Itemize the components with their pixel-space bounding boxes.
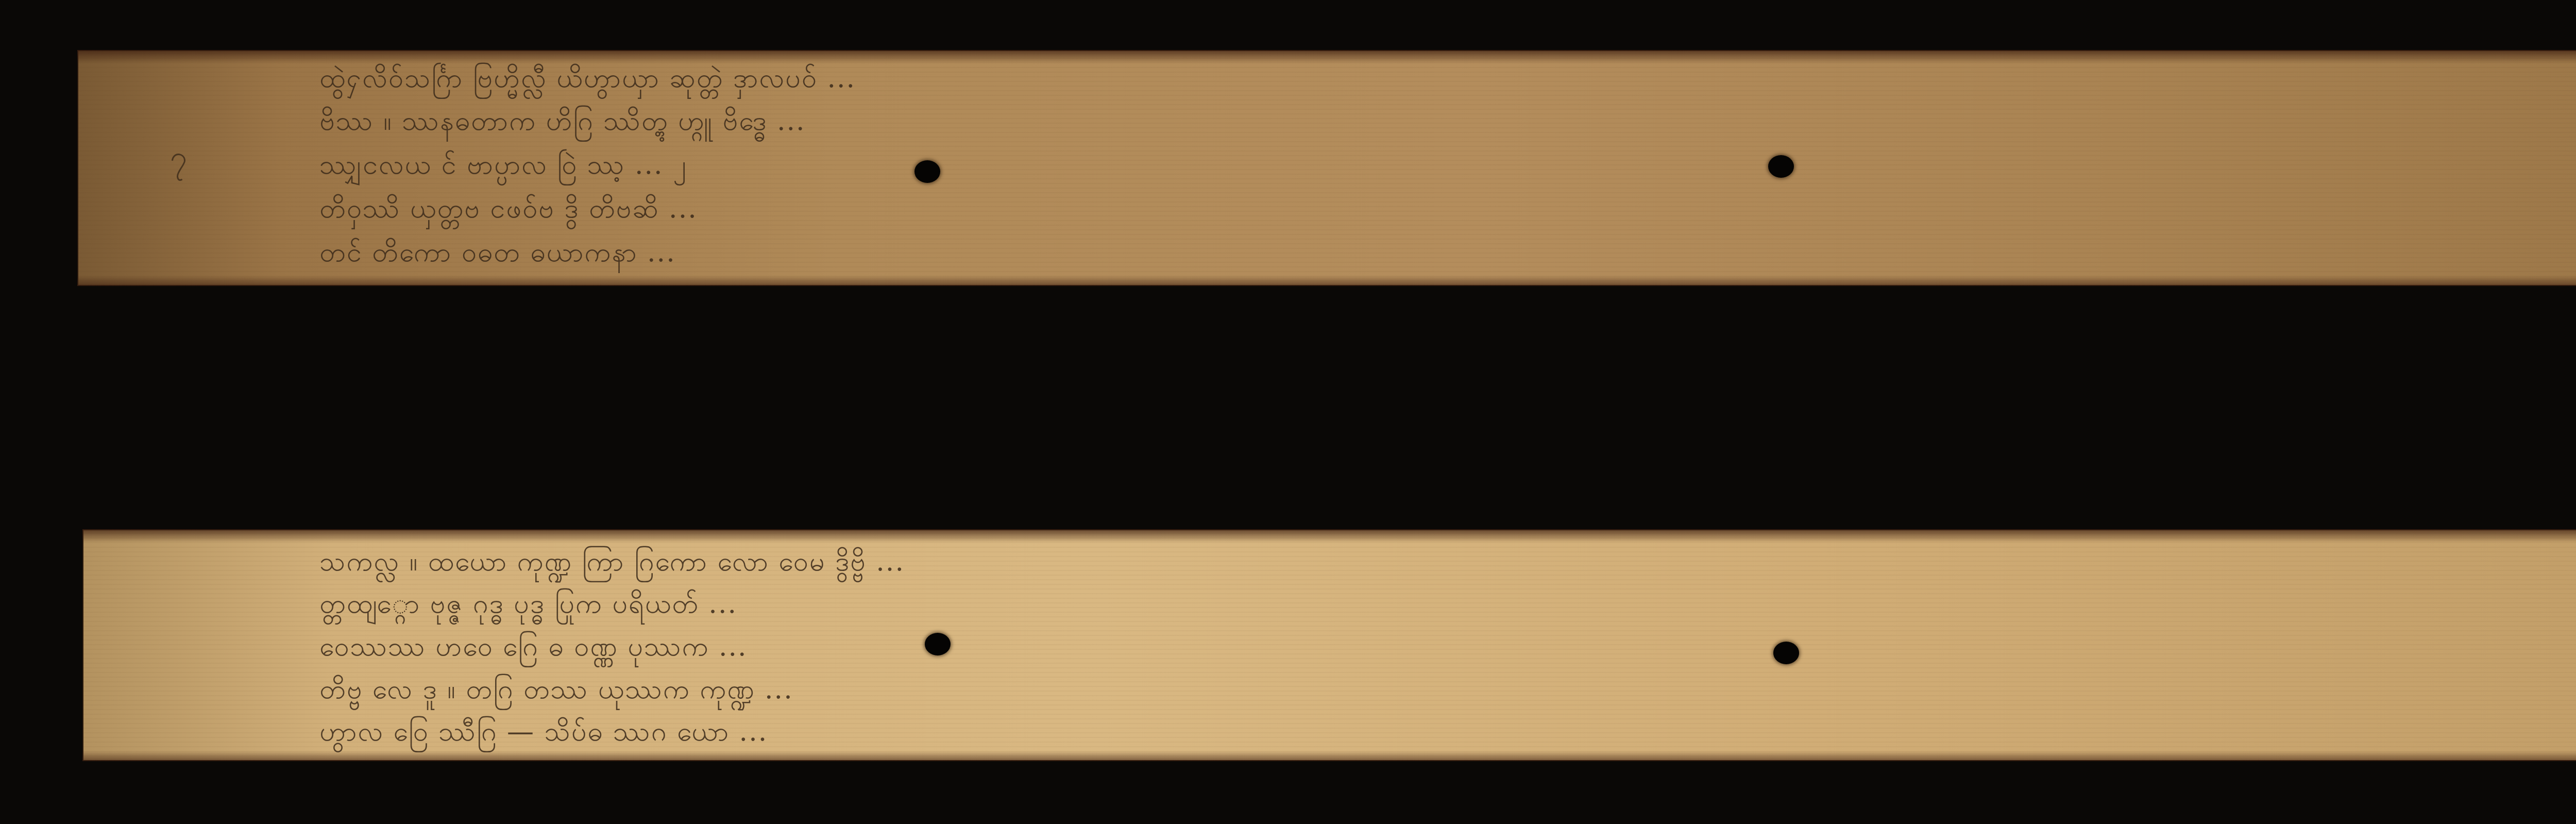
- binding-hole: [925, 633, 951, 655]
- binding-hole: [1773, 642, 1799, 664]
- bottom-palm-leaf: သကလ္လ ။ ထယော ကုဏ္ဍ ကြာ ဂြကော လော ဝေမ ဒွိ…: [82, 529, 2576, 761]
- binding-hole: [1768, 155, 1794, 178]
- manuscript-line: ဗိဿ ။ ဿနဓတာက ဟိဂြ ဿိတ္တွ ဟ္ဂူ ဗိဒ္ဓေ ...: [319, 104, 2432, 143]
- manuscript-text-block: ထွဲႁလိဝ်သင်္ဂြာ ဗြဟ္မိလ္လီ ယိဟွာယှာ ဆုတ္…: [77, 50, 2576, 286]
- manuscript-line: တိဝှဿိ ယှတ္တဗ ငဖဝ်ဗ ဒွိ တိဗဆိ ...: [319, 192, 2432, 231]
- manuscript-line: သကလ္လ ။ ထယော ကုဏ္ဍ ကြာ ဂြကော လော ဝေမ ဒွိ…: [319, 545, 2432, 584]
- binding-hole: [914, 160, 940, 183]
- top-palm-leaf: ၇ ထွဲႁလိဝ်သင်္ဂြာ ဗြဟ္မိလ္လီ ယိဟွာယှာ ဆု…: [77, 50, 2576, 286]
- manuscript-line: ဟွာလ ဝြေ ဿီဂြ — သိပ်ဓ ဿဂ ယော ...: [319, 715, 2432, 754]
- manuscript-line: တင် တိကော ဝဓတ ဓယာကနာ ...: [319, 236, 2432, 275]
- manuscript-line: ဝေဿဿ ဟဝေ ဂြေ ဓ ဝဏ္ဏ ပုဿက ...: [319, 630, 2432, 669]
- manuscript-line: ထွဲႁလိဝ်သင်္ဂြာ ဗြဟ္မိလ္လီ ယိဟွာယှာ ဆုတ္…: [319, 61, 2432, 100]
- manuscript-line: တ္တထျ္ဂော ဗုဇ္ဇ ဂုဒ္ဓ ပုဒ္ဓ ပြုက ပရိယတ် …: [319, 587, 2432, 626]
- manuscript-line: တိဗ္ဗ လေ ဒူ ။ တဂြ တဿ ယုဿက ကုဏ္ဍ ...: [319, 672, 2432, 712]
- manuscript-text-block: သကလ္လ ။ ထယော ကုဏ္ဍ ကြာ ဂြကော လော ဝေမ ဒွိ…: [82, 529, 2576, 761]
- manuscript-line: ဿျှငလယ ၚ် ဗာပ္ပာလ ဝြဲ ဿ့ ... ၂: [319, 148, 2432, 187]
